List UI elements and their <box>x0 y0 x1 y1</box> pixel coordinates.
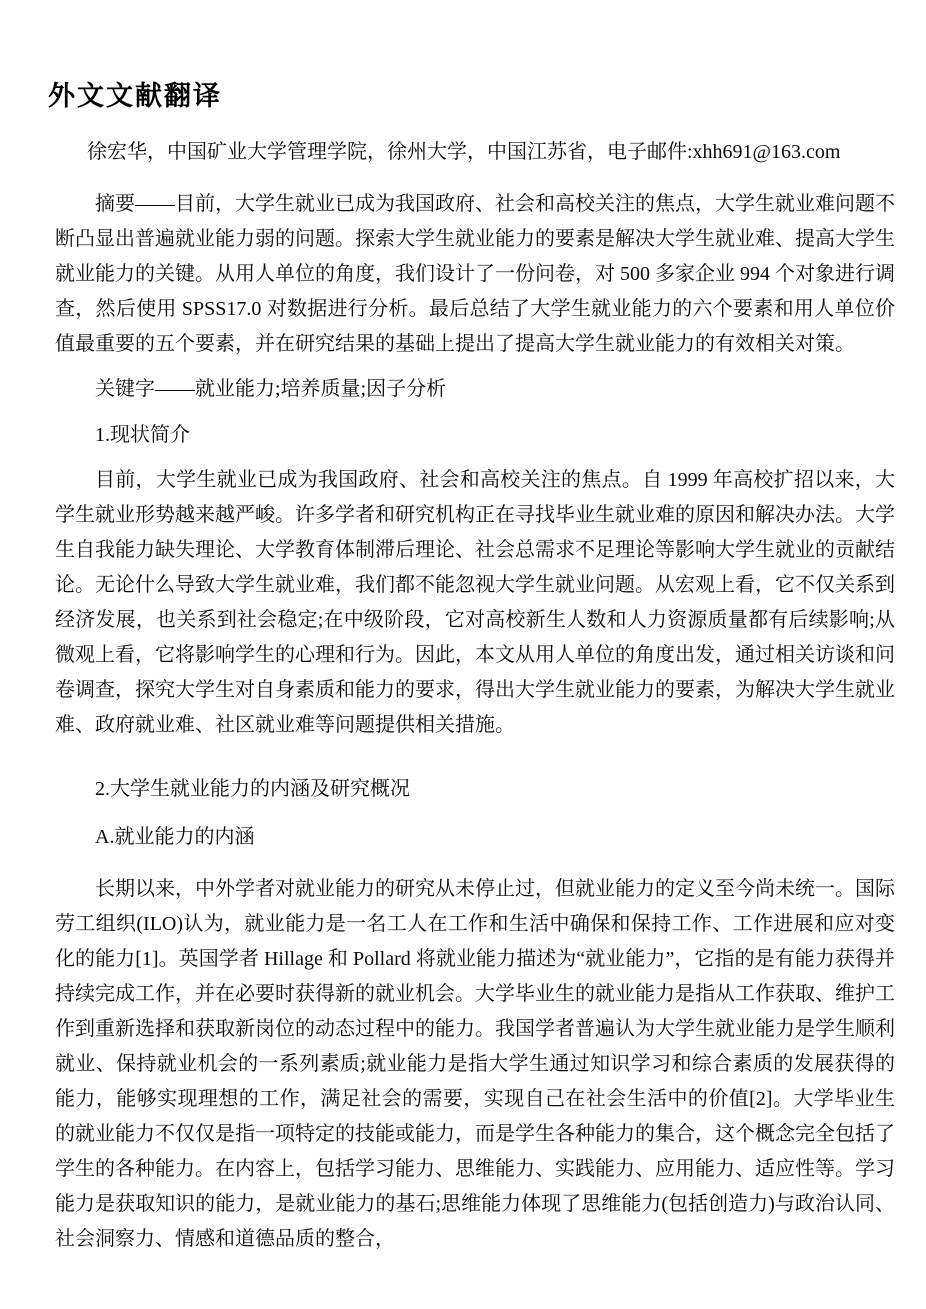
page-title: 外文文献翻译 <box>48 80 926 112</box>
document-page: 外文文献翻译 徐宏华，中国矿业大学管理学院，徐州大学，中国江苏省，电子邮件:xh… <box>0 0 926 1309</box>
paragraph-employability-definition: 长期以来，中外学者对就业能力的研究从未停止过，但就业能力的定义至今尚未统一。国际… <box>55 872 895 1257</box>
paragraph-status-introduction: 目前，大学生就业已成为我国政府、社会和高校关注的焦点。自 1999 年高校扩招以… <box>55 463 895 743</box>
subsection-heading-a-employability: A.就业能力的内涵 <box>55 820 895 855</box>
author-affiliation-line: 徐宏华，中国矿业大学管理学院，徐州大学，中国江苏省，电子邮件:xhh691@16… <box>55 135 895 170</box>
document-content: 徐宏华，中国矿业大学管理学院，徐州大学，中国江苏省，电子邮件:xhh691@16… <box>55 135 895 1257</box>
section-heading-1-status: 1.现状简介 <box>55 418 895 453</box>
section-heading-2-connotation: 2.大学生就业能力的内涵及研究概况 <box>55 772 895 807</box>
abstract-paragraph: 摘要——目前，大学生就业已成为我国政府、社会和高校关注的焦点，大学生就业难问题不… <box>55 187 895 362</box>
keywords-line: 关键字——就业能力;培养质量;因子分析 <box>55 372 895 407</box>
